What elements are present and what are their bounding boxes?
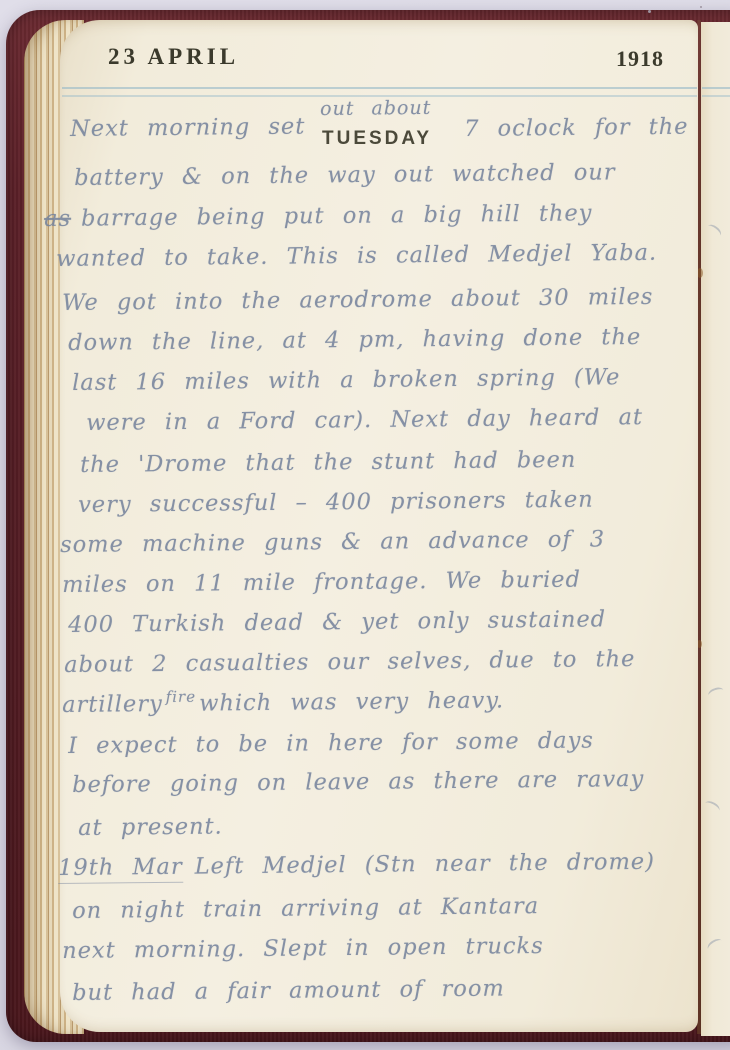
handwritten-line: at present. xyxy=(78,813,223,841)
handwritten-text: Left Medjel (Stn near the drome) xyxy=(195,849,656,880)
handwritten-insert: out about xyxy=(320,97,431,120)
handwritten-line: next morning. Slept in open trucks xyxy=(62,933,544,964)
ruled-line-facing xyxy=(702,87,730,97)
handwritten-text: artillery xyxy=(62,691,163,718)
handwritten-text: barrage being put on a big hill they xyxy=(81,200,593,231)
diary-photo: 23 APRIL 1918 TUESDAY Next morning set o… xyxy=(0,0,730,1050)
dust-speck xyxy=(648,10,651,13)
handwritten-line: miles on 11 mile frontage. We buried xyxy=(62,567,581,598)
facing-page xyxy=(701,22,730,1036)
handwritten-line: on night train arriving at Kantara xyxy=(72,893,539,924)
printed-year: 1918 xyxy=(616,46,664,72)
handwritten-line: the 'Drome that the stunt had been xyxy=(80,447,576,478)
handwritten-line: but had a fair amount of room xyxy=(72,975,505,1006)
handwritten-text: which was very heavy. xyxy=(199,687,504,716)
inserted-word: fire xyxy=(166,688,197,706)
handwritten-line: Next morning set xyxy=(70,114,305,142)
handwritten-line: I expect to be in here for some days xyxy=(68,727,594,759)
handwritten-line: 7 oclock for the xyxy=(464,114,689,142)
dust-speck xyxy=(700,6,702,8)
ruled-line xyxy=(62,87,697,97)
handwritten-line: very successful – 400 prisoners taken xyxy=(78,487,594,518)
handwritten-line: artilleryfirewhich was very heavy. xyxy=(62,687,504,718)
printed-day: TUESDAY xyxy=(322,128,432,150)
printed-date: 23 APRIL xyxy=(108,44,239,70)
underlined-date: 19th Mar xyxy=(58,854,183,884)
struck-word: as xyxy=(44,206,71,232)
